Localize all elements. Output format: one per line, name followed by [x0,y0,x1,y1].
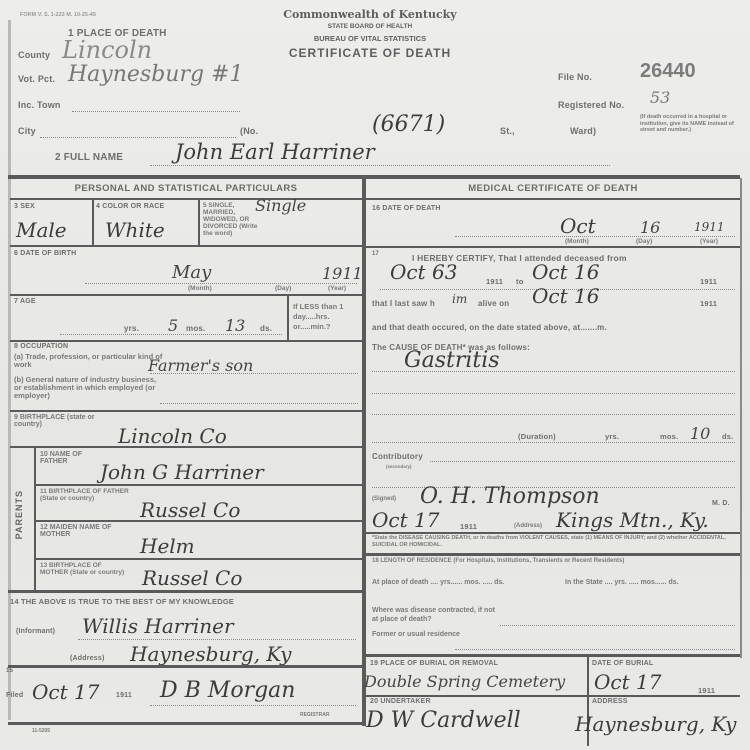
age-ds-value: 13 [225,316,245,335]
burial-date: Oct 17 [594,670,661,694]
burial-year: 1911 [698,686,715,695]
day-caption: (Day) [275,285,291,292]
full-name-label: 2 FULL NAME [55,152,123,163]
former-residence-label: Former or usual residence [372,630,462,639]
age-ds-label: ds. [260,324,272,333]
at-place-label: At place of death .... yrs...... mos. ..… [372,578,532,588]
burial-date-label: DATE OF BURIAL [592,660,653,667]
father-birthplace-label: 11 BIRTHPLACE OF FATHER (State or countr… [40,488,130,502]
registrar-line [150,704,356,706]
contributory-line [430,460,735,462]
father-name-label: 10 NAME OF FATHER [40,451,100,465]
in-state-label: In the State .... yrs. ..... mos...... d… [565,578,735,588]
filed-year: 1911 [116,692,132,699]
day-caption-medical: (Day) [636,238,652,245]
alive-on-label: alive on [478,299,509,308]
file-no-label: File No. [558,72,592,82]
to-label: to [516,277,523,286]
attended-to: Oct 16 [532,260,599,284]
last-saw-label: that I last saw h [372,299,435,308]
certify-number: 17 [372,251,379,257]
divider [8,590,362,593]
father-name-value: John G Harriner [100,460,264,484]
filed-label: Filed [6,692,23,699]
divider [92,200,94,245]
divider [366,532,740,534]
divider [36,484,362,486]
signed-label: (Signed) [372,496,396,503]
month-caption-medical: (Month) [565,238,589,245]
divider [10,198,362,200]
duration-mos-label: mos. [660,432,678,441]
burial-place-value: Double Spring Cemetery [364,672,565,691]
residence-label: 18 LENGTH OF RESIDENCE (For Hospitals, I… [372,558,738,565]
city-label: City [18,126,36,136]
former-residence-line [455,648,735,650]
inc-town-label: Inc. Town [18,100,61,110]
top-border [8,175,740,179]
duration-days-value: 10 [690,424,710,443]
divider [36,558,362,560]
hospital-note: (If death occurred in a hospital or inst… [640,114,740,134]
marital-label: 5 SINGLE, MARRIED, WIDOWED, OR DIVORCED … [203,202,263,237]
cause-line-3 [372,413,735,415]
st-label: St., [500,126,515,136]
vol-pct-value: Haynesburg #1 [68,62,243,87]
certificate-title: CERTIFICATE OF DEATH [250,46,490,60]
informant-value: Willis Harriner [82,614,234,638]
divider [36,520,362,522]
page-edge [8,20,11,720]
dob-line [85,282,357,284]
cause-line-1 [372,370,735,372]
occupation-label: 8 OCCUPATION [14,343,68,350]
marital-value: Single [255,196,306,215]
father-birthplace-value: Russel Co [140,498,240,522]
duration-line [372,441,735,443]
attended-from: Oct 63 [390,260,457,284]
year-caption-medical: (Year) [700,238,718,245]
occupation-a-label: (a) Trade, profession, or particular kin… [14,353,164,369]
street-no-value: (6671) [372,112,445,137]
divider [366,246,740,248]
divider [366,654,740,657]
informant-address-value: Haynesburg, Ky [130,642,291,666]
mother-birthplace-label: 13 BIRTHPLACE OF MOTHER (State or countr… [40,562,130,576]
age-mos-label: mos. [186,324,205,333]
occupation-a-line [150,372,358,374]
sex-value: Male [16,218,67,242]
personal-section-title: PERSONAL AND STATISTICAL PARTICULARS [10,183,362,194]
dod-month: Oct [560,214,596,238]
informant-line [78,638,356,640]
parents-label: PARENTS [14,490,24,539]
contributory-label: Contributory [372,452,423,461]
inc-town-line [72,110,240,112]
informant-label: (Informant) [16,628,55,635]
dod-year: 1911 [694,220,725,234]
dod-day: 16 [640,218,660,237]
informant-header: 14 THE ABOVE IS TRUE TO THE BEST OF MY K… [10,597,234,606]
occupation-b-line [160,402,358,404]
mother-birthplace-value: Russel Co [142,566,242,590]
death-certificate: FORM V. S. 1-223 M. 10-25-45 Commonwealt… [0,0,750,750]
registrar-label: REGISTRAR [300,712,329,719]
age-mos-value: 5 [168,316,178,335]
county-label: County [18,50,50,60]
birthplace-value: Lincoln Co [118,424,227,448]
duration-label: (Duration) [518,432,556,441]
registered-no-value: 53 [650,88,670,107]
form-id: FORM V. S. 1-223 M. 10-25-45 [20,12,96,18]
filed-number: 15 [6,668,13,674]
registered-no-label: Registered No. [558,100,624,110]
burial-place-label: 19 PLACE OF BURIAL OR REMOVAL [370,660,498,667]
bureau-title: BUREAU OF VITAL STATISTICS [270,34,470,43]
physician-address-label: (Address) [514,523,542,530]
undertaker-label: 20 UNDERTAKER [370,698,431,705]
divider [10,410,362,412]
occupation-b-label: (b) General nature of industry business,… [14,376,164,400]
divider [34,448,36,590]
color-value: White [105,218,165,242]
less-than-day-label: If LESS than 1 day.....hrs. or.....min.? [293,302,359,332]
month-caption: (Month) [188,285,212,292]
divider [10,446,362,448]
undertaker-address-value: Haynesburg, Ky [575,712,736,736]
county-value: Lincoln [62,36,152,64]
divider [8,722,362,725]
divider [10,294,362,296]
vol-pct-label: Vot. Pct. [18,74,55,84]
divider [8,665,362,668]
no-label: (No. [240,126,258,136]
divider [366,198,740,200]
file-no-value: 26440 [640,60,696,83]
year-caption: (Year) [328,285,346,292]
signed-year: 1911 [460,522,477,531]
dob-month: May [172,262,211,283]
signed-date: Oct 17 [372,508,439,532]
contracted-line [500,624,735,626]
cause-footnote: *State the DISEASE CAUSING DEATH, or in … [372,535,738,549]
mother-name-label: 12 MAIDEN NAME OF MOTHER [40,524,130,538]
divider [287,296,289,340]
age-label: 7 AGE [14,298,36,305]
dob-year: 1911 [322,264,363,283]
secondary-label: (secondary) [386,463,412,470]
death-occurred-text: and that death occured, on the date stat… [372,323,607,332]
physician-signature: O. H. Thompson [420,484,600,509]
commonwealth-title: Commonwealth of Kentucky [270,8,470,21]
physician-address-value: Kings Mtn., Ky. [556,508,709,532]
duration-ds-label: ds. [722,432,733,441]
ward-label: Ward) [570,126,596,136]
date-of-death-label: 16 DATE OF DEATH [372,205,441,212]
disease-contracted-label: Where was disease contracted, if not at … [372,606,502,624]
sex-label: 3 SEX [14,203,35,210]
mother-name-value: Helm [140,534,195,558]
age-yrs-label: yrs. [124,324,139,333]
full-name-value: John Earl Harriner [175,140,375,164]
divider [198,200,200,245]
registrar-signature: D B Morgan [160,678,295,703]
footer-code: 11-5205 [32,728,50,735]
undertaker-value: D W Cardwell [366,708,521,733]
full-name-line [150,164,610,166]
attended-to-year: 1911 [700,277,717,286]
divider [10,245,362,247]
undertaker-address-label: ADDRESS [592,698,628,705]
dob-label: 6 DATE OF BIRTH [14,250,76,257]
filed-date: Oct 17 [32,680,99,704]
color-label: 4 COLOR OR RACE [96,203,164,210]
center-divider [362,178,366,726]
birthplace-label: 9 BIRTHPLACE (state or country) [14,414,104,428]
last-saw-date: Oct 16 [532,284,599,308]
city-line [40,136,236,138]
divider [10,340,362,342]
divider [366,553,740,556]
last-saw-year: 1911 [700,299,717,308]
address-label: (Address) [70,655,104,662]
medical-section-title: MEDICAL CERTIFICATE OF DEATH [366,183,740,194]
md-label: M. D. [712,500,730,507]
board-title: STATE BOARD OF HEALTH [270,23,470,30]
cause-line-2 [372,392,735,394]
last-saw-pronoun: im [452,292,467,306]
attended-from-year: 1911 [486,277,503,286]
divider [366,695,740,697]
right-border [740,178,742,658]
duration-yrs-label: yrs. [605,432,619,441]
